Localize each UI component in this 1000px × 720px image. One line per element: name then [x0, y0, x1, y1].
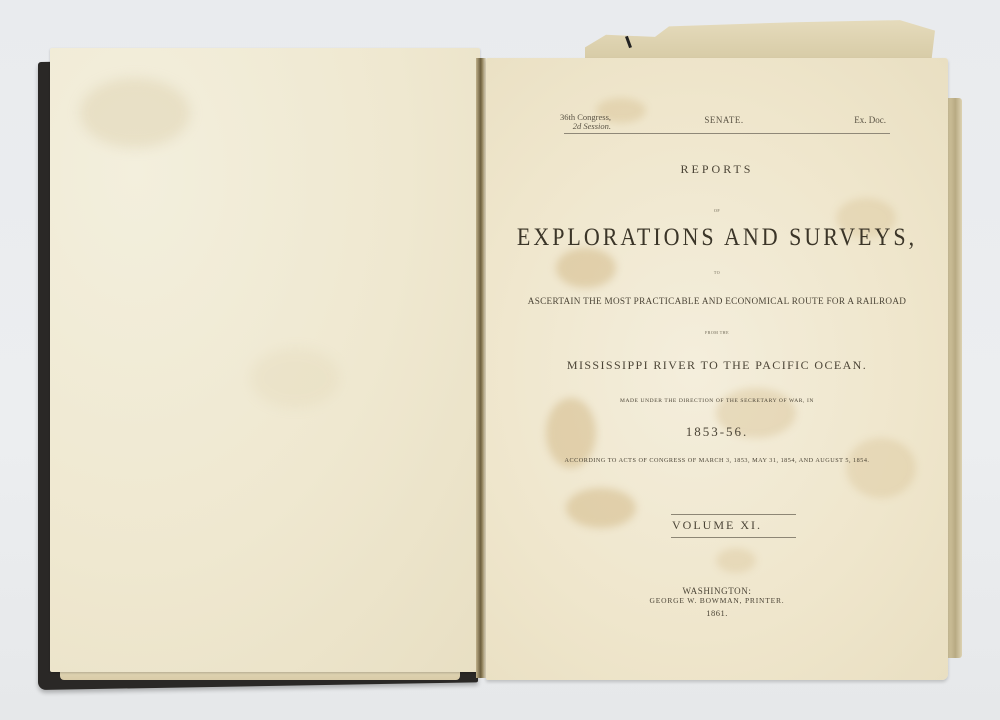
foxing-spot — [716, 548, 756, 573]
left-endpaper — [50, 48, 480, 672]
volume-rule-bottom — [671, 537, 796, 538]
main-title: EXPLORATIONS AND SURVEYS, — [486, 222, 948, 252]
reports-heading: REPORTS — [486, 162, 948, 177]
water-stain — [250, 348, 340, 408]
from-the-label: FROM THE — [486, 330, 948, 335]
book-gutter — [476, 58, 486, 678]
torn-page-fragment — [585, 18, 935, 60]
acts-line: ACCORDING TO ACTS OF CONGRESS OF MARCH 3… — [486, 457, 948, 464]
header-rule — [564, 133, 890, 134]
title-page: 36th Congress, 2d Session. SENATE. Ex. D… — [486, 58, 948, 680]
made-under-line: MADE UNDER THE DIRECTION OF THE SECRETAR… — [486, 398, 948, 404]
of-label: OF — [486, 208, 948, 213]
route-line: MISSISSIPPI RIVER TO THE PACIFIC OCEAN. — [486, 358, 948, 373]
book-photo: 36th Congress, 2d Session. SENATE. Ex. D… — [0, 0, 1000, 720]
to-label: TO — [486, 270, 948, 275]
title-page-header: 36th Congress, 2d Session. SENATE. Ex. D… — [560, 113, 888, 133]
imprint-year: 1861. — [486, 608, 948, 618]
imprint-printer: GEORGE W. BOWMAN, PRINTER. — [486, 596, 948, 605]
years-line: 1853-56. — [486, 424, 948, 440]
foxing-spot — [846, 438, 916, 498]
volume-label: VOLUME XI. — [486, 518, 948, 533]
foxing-spot — [556, 248, 616, 288]
chamber-label: SENATE. — [560, 115, 888, 125]
purpose-line: ASCERTAIN THE MOST PRACTICABLE AND ECONO… — [486, 296, 948, 306]
water-stain — [80, 78, 190, 148]
imprint-city: WASHINGTON: — [486, 586, 948, 596]
volume-rule-top — [671, 514, 796, 515]
doc-type-label: Ex. Doc. — [854, 115, 886, 125]
